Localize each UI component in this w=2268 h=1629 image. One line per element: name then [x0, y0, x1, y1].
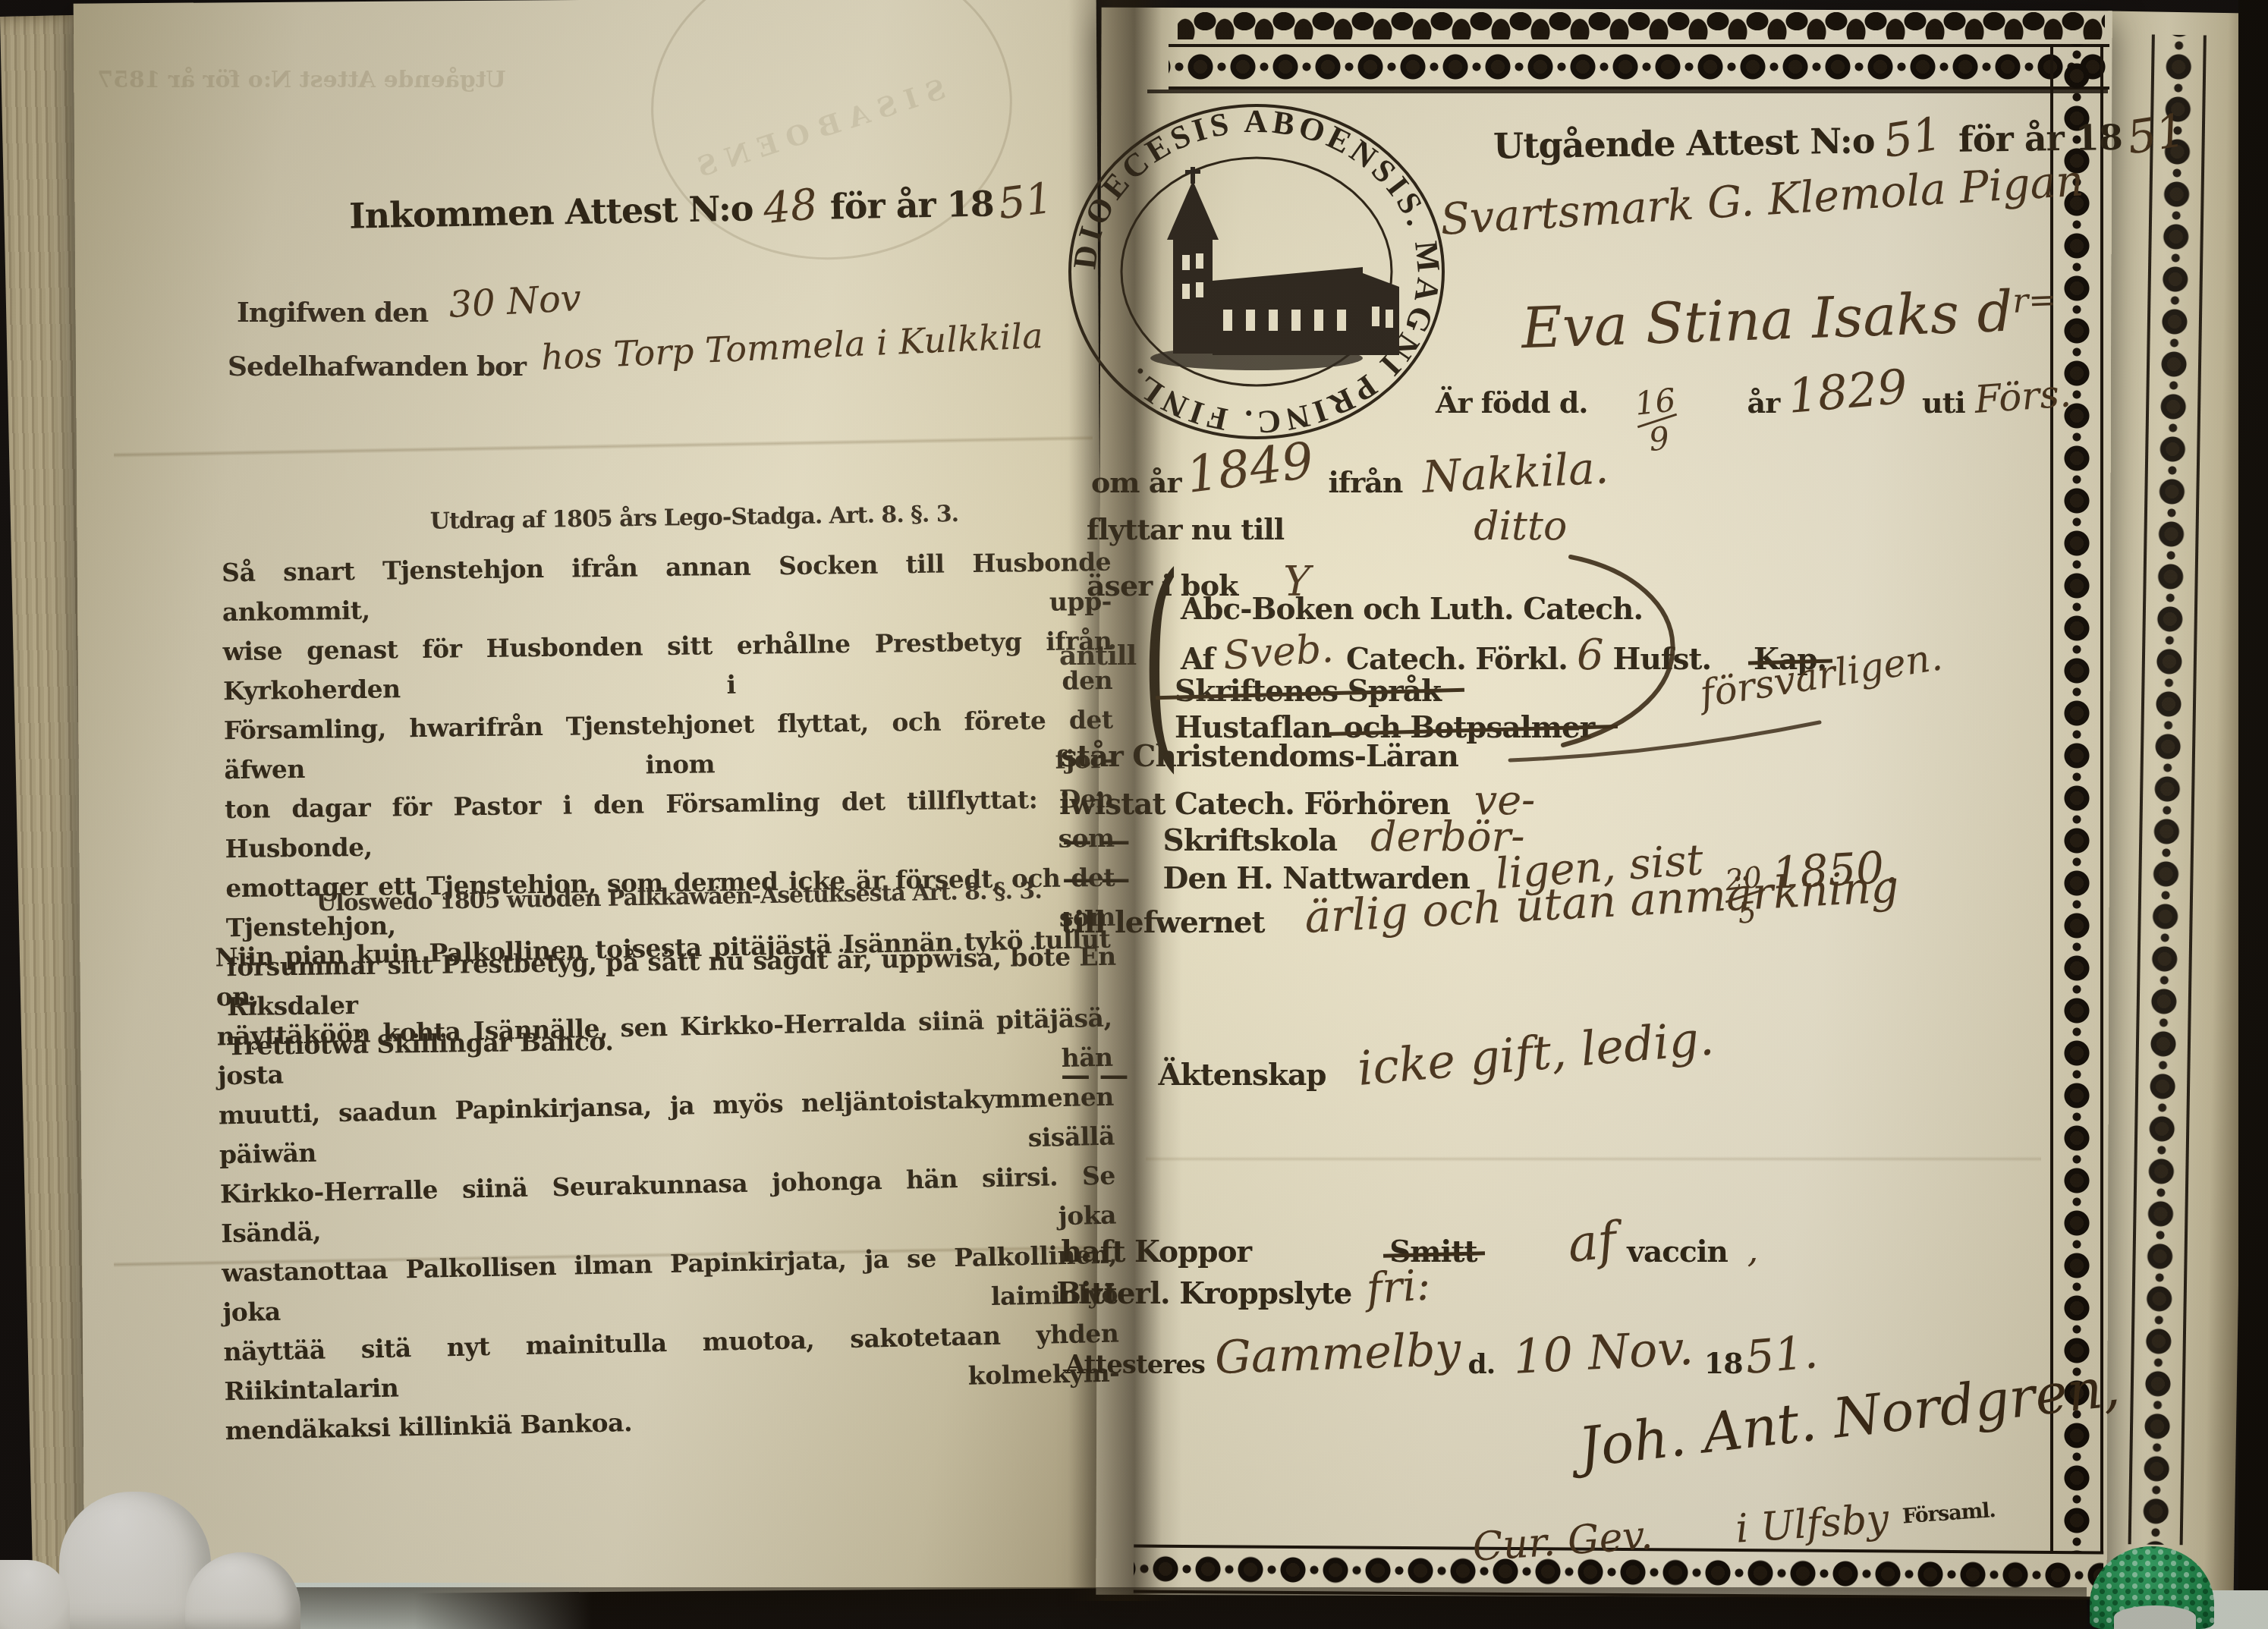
- born-parish-handwritten: Förs.: [1973, 374, 2072, 419]
- holder-line: Sedelhafwanden bor hos Torp Tommela i Ku…: [228, 346, 1044, 381]
- attested-label: Attesteres: [1065, 1352, 1205, 1378]
- gutter-text-fragment: antill: [1059, 642, 1136, 669]
- book-bottom-shadow: [99, 1587, 2087, 1629]
- book-photo: Utgående Attest N:o för år 1857 SISABOEN…: [0, 0, 2268, 1629]
- signature-parish-handwritten: i Ulfsby: [1735, 1499, 1890, 1549]
- attested-d-printed: d.: [1468, 1351, 1496, 1378]
- right-attest-header: Utgående Attest N:o 51 för år 18 51: [1493, 111, 2189, 166]
- attest-header-printed-mid: för år 18: [829, 183, 994, 227]
- svg-text:DIOECESIS ABOENSIS. MAGNI PRIN: DIOECESIS ABOENSIS. MAGNI PRINC. FINL.: [1067, 104, 1446, 440]
- received-line: Ingifwen den 30 Nov: [237, 291, 583, 328]
- moved-from-line: om år 1849 ifrån Nakkila.: [1091, 451, 1610, 501]
- doctrine-line: står Christendoms-Läran: [1061, 742, 1458, 772]
- attest-header-printed: Inkommen Attest N:o: [349, 187, 753, 236]
- defect-handwritten: fri:: [1365, 1264, 1432, 1311]
- marriage-line: — — Äktenskap icke gift, ledig.: [1061, 1046, 1716, 1093]
- attest-number-handwritten: 48: [761, 184, 819, 231]
- smallpox-handwritten: af: [1566, 1215, 1619, 1270]
- ditto-dashes: — —: [1061, 1061, 1128, 1090]
- smallpox-printed-vaccin: vaccin: [1627, 1237, 1728, 1267]
- page-holder-base: [2114, 1605, 2196, 1629]
- received-label: Ingifwen den: [237, 297, 428, 329]
- seal-church-drawing: [1150, 167, 1399, 370]
- top-overlap-ornament: [1178, 3, 2105, 39]
- page-crease: [1146, 1156, 2041, 1162]
- born-line: Är född d. 16 9 år 1829 uti Förs.: [1436, 373, 2072, 455]
- defect-line: Bitterl. Kroppslyte fri:: [1056, 1269, 1433, 1311]
- born-year-handwritten: 1829: [1786, 363, 1910, 420]
- smallpox-comma: ,: [1747, 1232, 1759, 1267]
- seal-legend: DIOECESIS ABOENSIS. MAGNI PRINC. FINL.: [1067, 104, 1446, 440]
- conduct-line: till lefwernet ärlig och utan anmärkning: [1061, 895, 1901, 939]
- born-year-label: år: [1747, 388, 1780, 417]
- paragraph-line: Så snart Tjenstehjon ifrån annan Socken …: [222, 542, 1112, 632]
- attest-header-printed-mid: för år 18: [1958, 117, 2123, 160]
- moved-from-label: ifrån: [1328, 468, 1402, 497]
- outer-ornament-border: [2128, 34, 2207, 1545]
- attest-header-printed: Utgående Attest N:o: [1493, 120, 1875, 166]
- conduct-label: till lefwernet: [1061, 908, 1265, 938]
- signature-title-handwritten: Cur. Gev.: [1471, 1516, 1654, 1568]
- right-ornament-border: [2050, 44, 2103, 1554]
- received-value-handwritten: 30 Nov: [448, 280, 583, 323]
- paragraph-line: ton dagar för Pastor i den Församling de…: [225, 779, 1115, 869]
- photo-right-edge: [2238, 0, 2268, 1629]
- moved-label: om år: [1091, 468, 1181, 497]
- born-month-handwritten: 9: [1647, 423, 1671, 457]
- ditto-dashes: — —: [1062, 864, 1130, 894]
- defect-label: Bitterl. Kroppslyte: [1056, 1279, 1351, 1309]
- holder-label: Sedelhafwanden bor: [228, 351, 526, 382]
- marriage-label: Äktenskap: [1159, 1061, 1326, 1090]
- attested-line: Attesteres Gammelby d. 10 Nov. 18 51.: [1065, 1334, 1820, 1381]
- attest-year-handwritten: 51: [2124, 108, 2188, 162]
- born-label: Är född d.: [1436, 388, 1588, 417]
- born-date-fraction: 16 9: [1633, 384, 1681, 457]
- top-ornament-border: [1169, 44, 2109, 90]
- attest-number-handwritten: 51: [1881, 111, 1946, 165]
- paragraph-line: Församling, hwarifrån Tjenstehjonet flyt…: [223, 700, 1113, 790]
- person-name-suffix: r=: [2012, 284, 2057, 319]
- ghost-bleedthrough-header: Utgående Attest N:o för år 1857: [97, 67, 506, 93]
- paragraph-line: wise genast för Husbonden sitt erhållne …: [222, 621, 1112, 711]
- signature-parish-printed: Församl.: [1902, 1500, 1996, 1527]
- finnish-statute-paragraph: Niin pian kuin Palkollinen toisesta pitä…: [215, 920, 1121, 1451]
- attested-century-printed: 18: [1704, 1349, 1743, 1378]
- smallpox-label: haft Koppor: [1061, 1237, 1251, 1267]
- moved-place-handwritten: Nakkila.: [1421, 445, 1609, 499]
- attested-date-handwritten: 10 Nov.: [1512, 1325, 1694, 1381]
- moved-year-handwritten: 1849: [1184, 436, 1316, 501]
- attested-place-handwritten: Gammelby: [1214, 1327, 1461, 1381]
- born-place-label: uti: [1922, 388, 1965, 417]
- person-name-handwritten: Eva Stina Isaks d: [1521, 284, 2014, 357]
- attest-year-handwritten: 51: [996, 178, 1055, 226]
- attested-year-handwritten: 51.: [1743, 1329, 1819, 1381]
- diocese-seal: DIOECESIS ABOENSIS. MAGNI PRINC. FINL.: [1061, 91, 1452, 446]
